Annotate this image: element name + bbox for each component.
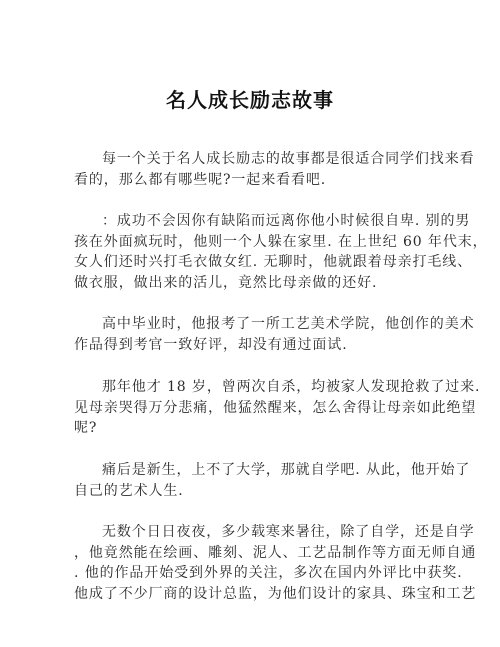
- paragraph-age-18: 那年他才 18 岁，曾两次自杀，均被家人发现抢救了过来. 见母亲哭得万分悲痛，他…: [74, 377, 430, 439]
- text-line: 那年他才 18 岁，曾两次自杀，均被家人发现抢救了过来.: [74, 377, 430, 398]
- paragraph-graduation: 高中毕业时，他报考了一所工艺美术学院，他创作的美术 作品得到考官一致好评，却没有…: [74, 314, 430, 355]
- text-line: 他成了不少厂商的设计总监，为他们设计的家具、珠宝和工艺: [74, 584, 430, 605]
- text-line: 无数个日日夜夜，多少载寒来暑往，除了自学，还是自学: [74, 522, 430, 543]
- text-line: ，他竟然能在绘画、雕刻、泥人、工艺品制作等方面无师自通: [74, 543, 430, 564]
- text-line: 高中毕业时，他报考了一所工艺美术学院，他创作的美术: [74, 314, 430, 335]
- paragraph-achievements: 无数个日日夜夜，多少载寒来暑往，除了自学，还是自学 ，他竟然能在绘画、雕刻、泥人…: [74, 522, 430, 604]
- paragraph-childhood: ：成功不会因你有缺陷而远离你他小时候很自卑. 别的男 孩在外面疯玩时，他则一个人…: [74, 211, 430, 293]
- text-line: 孩在外面疯玩时，他则一个人躲在家里. 在上世纪 60 年代末，: [74, 232, 430, 253]
- text-line: . 他的作品开始受到外界的关注，多次在国内外评比中获奖.: [74, 563, 430, 584]
- text-line: 作品得到考官一致好评，却没有通过面试.: [74, 335, 430, 356]
- text-line: 呢?: [74, 418, 430, 439]
- text-line: 痛后是新生，上不了大学，那就自学吧. 从此，他开始了: [74, 460, 430, 481]
- text-line: 每一个关于名人成长励志的故事都是很适合同学们找来看: [74, 149, 430, 170]
- document-page: 名人成长励志故事 每一个关于名人成长励志的故事都是很适合同学们找来看 看的，那么…: [0, 0, 500, 647]
- paragraph-intro: 每一个关于名人成长励志的故事都是很适合同学们找来看 看的，那么都有哪些呢?一起来…: [74, 149, 430, 190]
- paragraph-self-study: 痛后是新生，上不了大学，那就自学吧. 从此，他开始了 自己的艺术人生.: [74, 460, 430, 501]
- text-line: ：成功不会因你有缺陷而远离你他小时候很自卑. 别的男: [74, 211, 430, 232]
- text-line: 做衣服，做出来的活儿，竟然比母亲做的还好.: [74, 273, 430, 294]
- text-line: 见母亲哭得万分悲痛，他猛然醒来，怎么舍得让母亲如此绝望: [74, 398, 430, 419]
- text-line: 女人们还时兴打毛衣做女红. 无聊时，他就跟着母亲打毛线、: [74, 252, 430, 273]
- text-line: 自己的艺术人生.: [74, 481, 430, 502]
- page-title: 名人成长励志故事: [0, 84, 500, 113]
- text-line: 看的，那么都有哪些呢?一起来看看吧.: [74, 170, 430, 191]
